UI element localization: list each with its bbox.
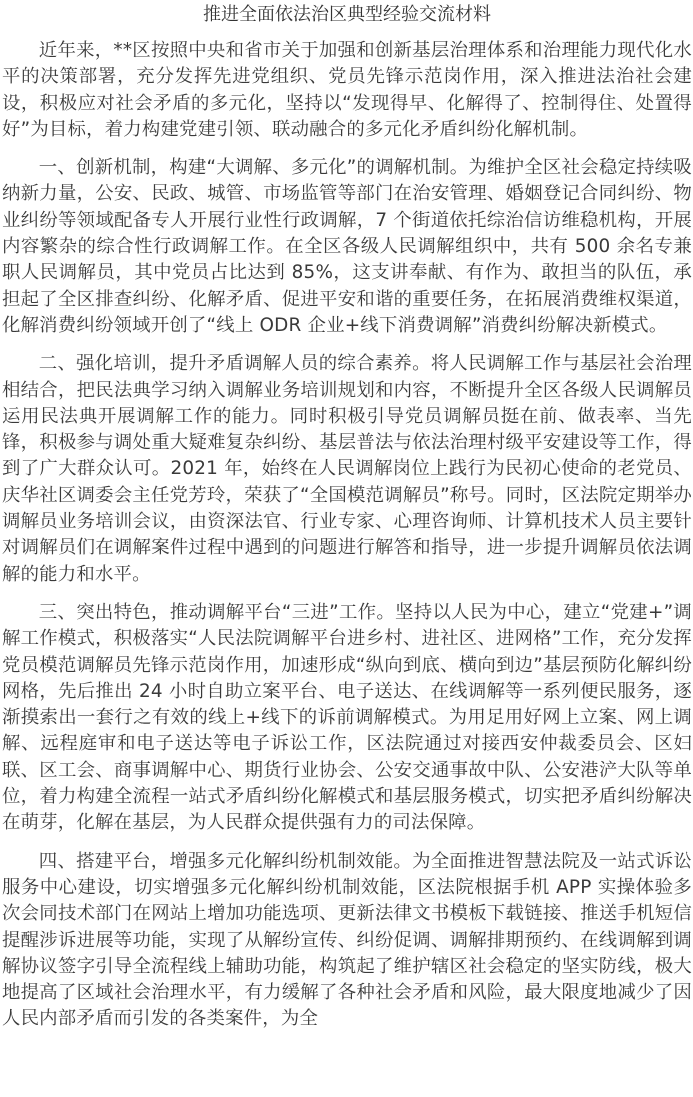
- document: 推进全面依法治区典型经验交流材料 近年来，**区按照中央和省市关于加强和创新基层…: [0, 2, 693, 1033]
- paragraph-intro: 近年来，**区按照中央和省市关于加强和创新基层治理体系和治理能力现代化水平的决策…: [2, 38, 692, 143]
- document-title: 推进全面依法治区典型经验交流材料: [2, 2, 692, 28]
- paragraph-section-4: 四、搭建平台，增强多元化解纠纷机制效能。为全面推进智慧法院及一站式诉讼服务中心建…: [2, 849, 692, 1033]
- paragraph-section-2: 二、强化培训，提升矛盾调解人员的综合素养。将人民调解工作与基层社会治理相结合，把…: [2, 351, 692, 588]
- paragraph-section-3: 三、突出特色，推动调解平台“三进”工作。坚持以人民为中心，建立“党建+”调解工作…: [2, 600, 692, 837]
- paragraph-section-1: 一、创新机制，构建“大调解、多元化”的调解机制。为维护全区社会稳定持续吸纳新力量…: [2, 155, 692, 339]
